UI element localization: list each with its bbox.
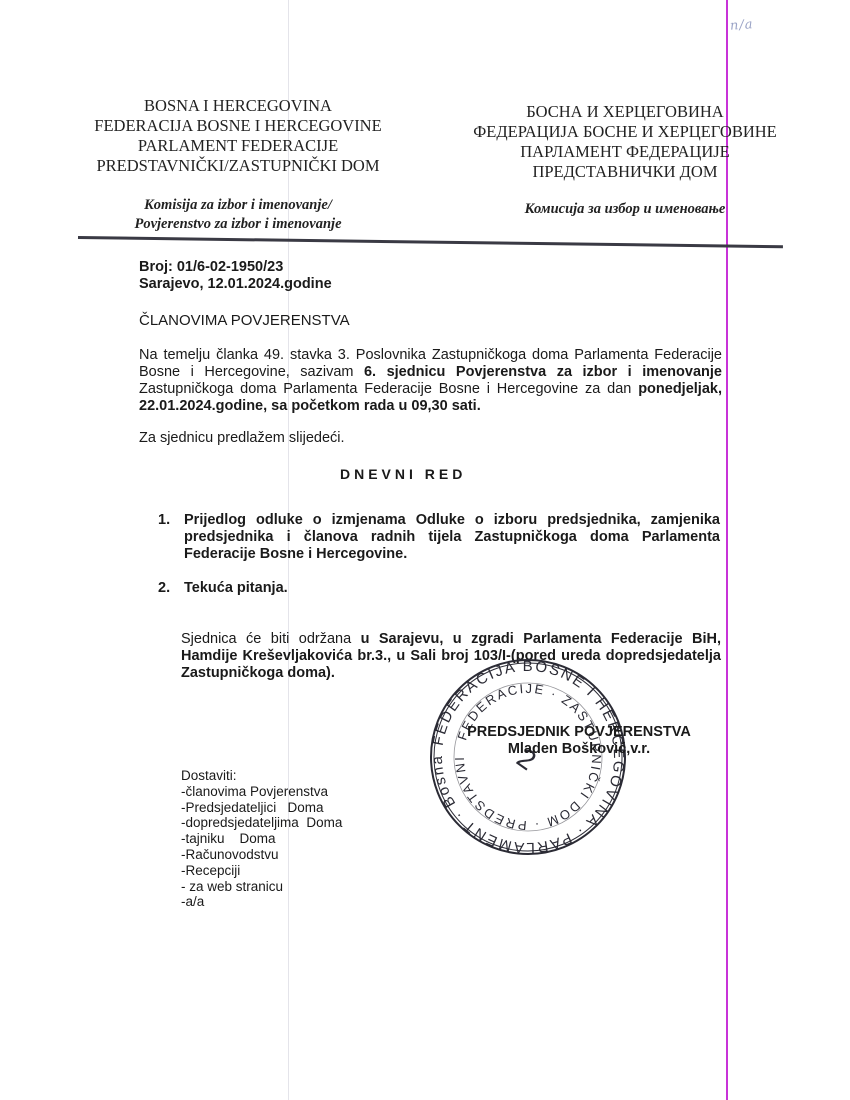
header-latin: BOSNA I HERCEGOVINA FEDERACIJA BOSNE I H…: [88, 96, 388, 234]
agenda-item-number: 2.: [158, 580, 170, 597]
agenda-item: 1. Prijedlog odluke o izmjenama Odluke o…: [158, 512, 720, 563]
distribution-item: -Recepciji: [181, 863, 342, 879]
distribution-item: -članovima Povjerenstva: [181, 784, 342, 800]
agenda-item-text: Prijedlog odluke o izmjenama Odluke o iz…: [184, 512, 720, 562]
distribution-list: Dostaviti: -članovima Povjerenstva -Pred…: [181, 768, 342, 910]
session-name: 6. sjednicu Povjerenstva za izbor i imen…: [364, 364, 722, 380]
distribution-item: -dopredsjedateljima Doma: [181, 815, 342, 831]
signature-block: PREDSJEDNIK POVJERENSTVA Mladen Bošković…: [463, 724, 695, 758]
document-meta: Broj: 01/6-02-1950/23 Sarajevo, 12.01.20…: [139, 259, 332, 293]
handwritten-note: n/a: [730, 17, 755, 34]
header-line: БОСНА И ХЕРЦЕГОВИНА: [470, 102, 780, 122]
header-line: ПРЕДСТАВНИЧКИ ДОМ: [470, 162, 780, 182]
agenda-title: DNEVNI RED: [340, 466, 466, 483]
agenda-item-text: Tekuća pitanja.: [184, 580, 288, 596]
distribution-title: Dostaviti:: [181, 768, 342, 784]
recipient: ČLANOVIMA POVJERENSTVA: [139, 312, 350, 329]
commission-name: Povjerenstvo za izbor i imenovanje: [88, 215, 388, 234]
venue-text: Sjednica će biti održana: [181, 631, 361, 647]
reference-number: Broj: 01/6-02-1950/23: [139, 259, 332, 276]
proposal-line: Za sjednicu predlažem slijedeći.: [139, 430, 345, 447]
agenda-item: 2. Tekuća pitanja.: [158, 580, 720, 597]
commission-name: Комисија за избор и именовање: [470, 200, 780, 219]
distribution-item: -a/a: [181, 894, 342, 910]
place-date: Sarajevo, 12.01.2024.godine: [139, 276, 332, 293]
header-cyrillic: БОСНА И ХЕРЦЕГОВИНА ФЕДЕРАЦИЈА БОСНЕ И Х…: [470, 102, 780, 219]
distribution-item: -tajniku Doma: [181, 831, 342, 847]
header-line: ФЕДЕРАЦИЈА БОСНЕ И ХЕРЦЕГОВИНЕ: [470, 122, 780, 142]
signatory-name: Mladen Bošković,v.r.: [463, 741, 695, 758]
intro-text: Zastupničkoga doma Parlamenta Federacije…: [139, 381, 638, 397]
distribution-item: -Predsjedateljici Doma: [181, 800, 342, 816]
header-line: BOSNA I HERCEGOVINA: [88, 96, 388, 116]
header-line: PREDSTAVNIČKI/ZASTUPNIČKI DOM: [88, 156, 388, 176]
header-line: FEDERACIJA BOSNE I HERCEGOVINE: [88, 116, 388, 136]
header-line: PARLAMENT FEDERACIJE: [88, 136, 388, 156]
signatory-title: PREDSJEDNIK POVJERENSTVA: [463, 724, 695, 741]
agenda-item-number: 1.: [158, 512, 170, 529]
intro-paragraph: Na temelju članka 49. stavka 3. Poslovni…: [139, 347, 722, 415]
header-divider: [78, 236, 783, 248]
commission-name: Komisija za izbor i imenovanje/: [88, 196, 388, 215]
distribution-item: - za web stranicu: [181, 879, 342, 895]
distribution-item: -Računovodstvu: [181, 847, 342, 863]
agenda-list: 1. Prijedlog odluke o izmjenama Odluke o…: [158, 512, 720, 614]
header-line: ПАРЛАМЕНТ ФЕДЕРАЦИЈЕ: [470, 142, 780, 162]
